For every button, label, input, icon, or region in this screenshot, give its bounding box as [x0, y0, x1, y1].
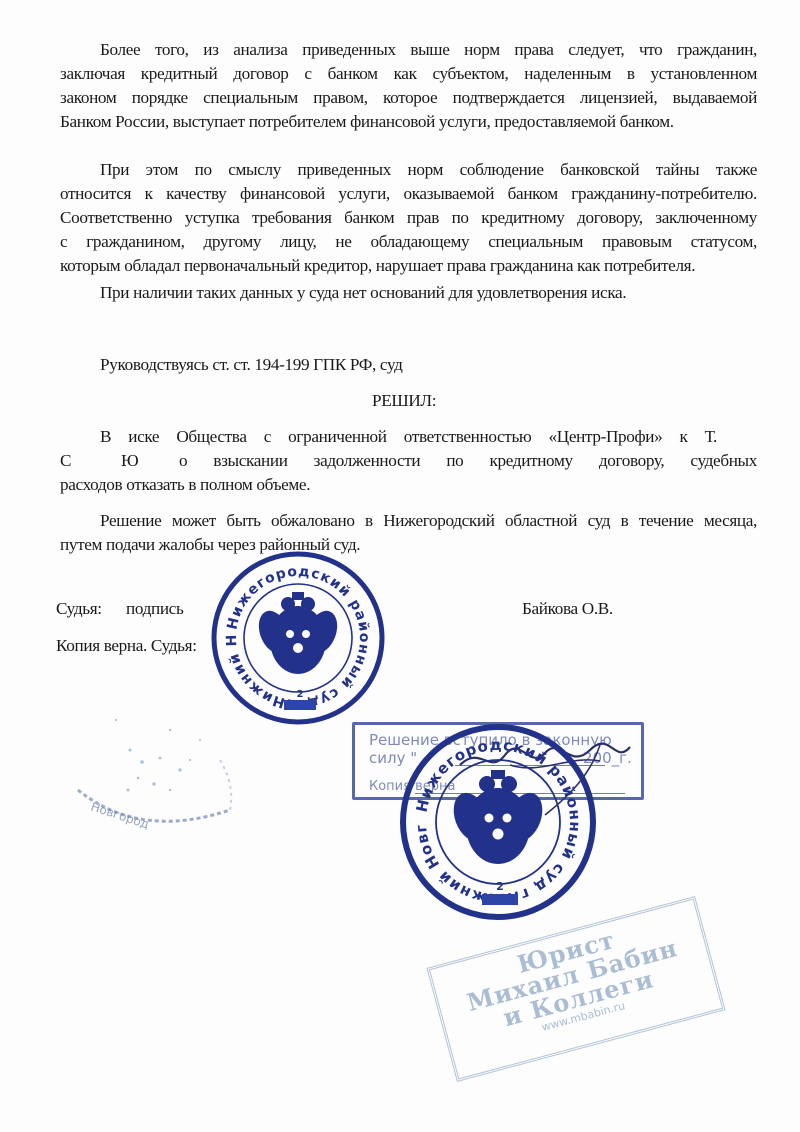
text-line: которым обладал первоначальный кредитор,…	[60, 254, 757, 278]
svg-text:2: 2	[297, 689, 304, 700]
redacted-initial: С	[60, 449, 71, 473]
text-line: путем подачи жалобы через районный суд.	[60, 533, 757, 557]
text-line: При этом по смыслу приведенных норм собл…	[60, 158, 757, 182]
text-line: относится к качеству финансовой услуги, …	[60, 182, 757, 206]
coat-of-arms-icon	[253, 592, 342, 674]
paragraph-consumer-status: Более того, из анализа приведенных выше …	[60, 38, 757, 134]
text-line: заключая кредитный договор с банком как …	[60, 62, 757, 86]
paragraph-bank-secrecy: При этом по смыслу приведенных норм собл…	[60, 158, 757, 278]
court-decision-page: Более того, из анализа приведенных выше …	[0, 0, 800, 1132]
text-segment: о взыскании задолженности по кредитному …	[179, 449, 757, 473]
text-line: с гражданином, другому лицу, не обладающ…	[60, 230, 757, 254]
coat-of-arms-icon	[447, 770, 548, 864]
law-firm-watermark: Юрист Михаил Бабин и Коллеги www.mbabin.…	[426, 896, 725, 1082]
paragraph-verdict: В иске Общества с ограниченной ответстве…	[60, 425, 757, 497]
text-line: С Ю о взыскании задолженности по кредитн…	[60, 449, 757, 473]
judge-name: Байкова О.В.	[522, 597, 613, 621]
text-line: расходов отказать в полном объеме.	[60, 473, 757, 497]
text-line: Решение может быть обжаловано в Нижегоро…	[60, 509, 757, 533]
text-line: В иске Общества с ограниченной ответстве…	[60, 425, 757, 449]
court-round-seal: Нижегородский районный суд г.Нижний Новг…	[208, 548, 388, 728]
redacted-initial: Ю	[121, 449, 138, 473]
judge-signature-placeholder: подпись	[126, 597, 183, 621]
judge-label: Судья:	[56, 597, 102, 621]
text-line: Более того, из анализа приведенных выше …	[60, 38, 757, 62]
decision-heading: РЕШИЛ:	[372, 389, 436, 413]
svg-text:Новгород: Новгород	[89, 800, 151, 832]
court-round-seal-2: Нижегородский районный суд г.Нижний Новг…	[398, 722, 598, 922]
copy-certified-label: Копия верна. Судья:	[56, 634, 197, 658]
paragraph-appeal: Решение может быть обжаловано в Нижегоро…	[60, 509, 757, 557]
text-line: законом порядке специальным правом, кото…	[60, 86, 757, 110]
text-line: Соответственно уступка требования банком…	[60, 206, 757, 230]
paragraph-no-grounds: При наличии таких данных у суда нет осно…	[100, 281, 626, 305]
text-line: Банком России, выступает потребителем фи…	[60, 110, 757, 134]
svg-text:2: 2	[496, 880, 504, 893]
paragraph-guided-by: Руководствуясь ст. ст. 194-199 ГПК РФ, с…	[100, 353, 403, 377]
